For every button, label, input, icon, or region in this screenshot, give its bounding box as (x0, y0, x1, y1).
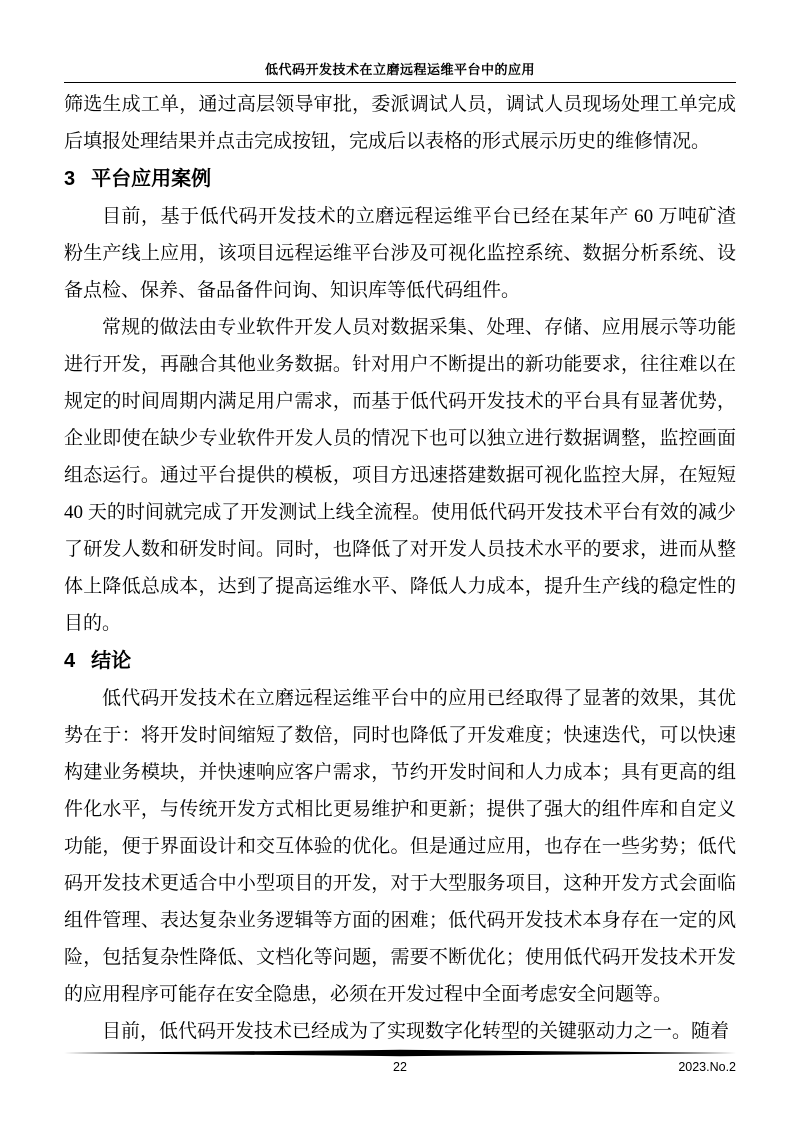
footer-decorative-bar (64, 1049, 736, 1057)
paragraph: 低代码开发技术在立磨远程运维平台中的应用已经取得了显著的效果，其优势在于：将开发… (64, 680, 736, 1013)
footer-row: 22 2023.No.2 (64, 1058, 736, 1076)
header-rule (64, 82, 736, 83)
footer-bar-shape (64, 1050, 736, 1056)
section-heading-4: 4结论 (64, 643, 736, 679)
section-title: 平台应用案例 (91, 168, 211, 190)
paragraph: 目前，低代码开发技术已经成为了实现数字化转型的关键驱动力之一。随着 (64, 1013, 736, 1050)
paragraph: 目前，基于低代码开发技术的立磨远程运维平台已经在某年产 60 万吨矿渣粉生产线上… (64, 198, 736, 309)
page-header: 低代码开发技术在立磨远程运维平台中的应用 (64, 60, 736, 83)
document-page: 低代码开发技术在立磨远程运维平台中的应用 筛选生成工单，通过高层领导审批，委派调… (0, 0, 793, 1122)
document-body: 筛选生成工单，通过高层领导审批，委派调试人员，调试人员现场处理工单完成后填报处理… (64, 86, 736, 1050)
section-heading-3: 3平台应用案例 (64, 161, 736, 197)
running-title: 低代码开发技术在立磨远程运维平台中的应用 (64, 60, 736, 79)
paragraph: 常规的做法由专业软件开发人员对数据采集、处理、存储、应用展示等功能进行开发，再融… (64, 309, 736, 642)
page-number: 22 (64, 1058, 736, 1076)
paragraph-intro-continuation: 筛选生成工单，通过高层领导审批，委派调试人员，调试人员现场处理工单完成后填报处理… (64, 86, 736, 160)
section-title: 结论 (91, 650, 131, 672)
page-footer: 22 2023.No.2 (64, 1049, 736, 1076)
issue-label: 2023.No.2 (678, 1058, 736, 1076)
section-number: 3 (64, 161, 75, 197)
section-number: 4 (64, 643, 75, 679)
